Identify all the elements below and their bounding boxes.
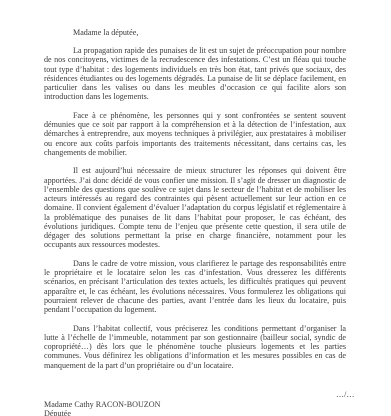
paragraph-1: La propagation rapide des punaises de li… [44,46,346,102]
paragraph-5: Dans l’habitat collectif, vous précisere… [44,324,346,370]
salutation: Madame la députée, [73,28,138,37]
paragraph-4: Dans le cadre de votre mission, vous cla… [44,259,346,315]
recipient-title: Députée [44,409,160,416]
continuation-mark: …/… [336,390,354,399]
paragraph-3: Il est aujourd’hui nécessaire de mieux s… [44,166,346,249]
recipient-name: Madame Cathy RACON-BOUZON [44,400,160,409]
letter-body: La propagation rapide des punaises de li… [44,46,346,379]
recipient-block: Madame Cathy RACON-BOUZON Députée [44,400,160,416]
letter-page: Madame la députée, La propagation rapide… [0,0,391,416]
paragraph-2: Face à ce phénomène, les personnes qui y… [44,111,346,157]
